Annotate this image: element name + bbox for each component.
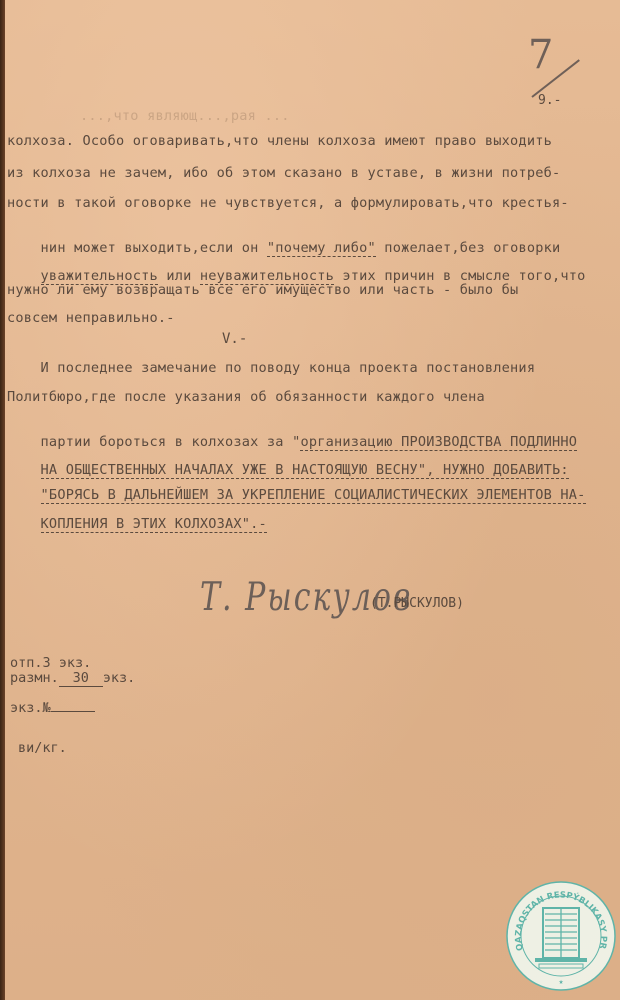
body-line: совсем неправильно.- [7,310,175,326]
copy-number-label: экз.№ [10,700,51,716]
folio-mark: 7 [528,32,553,78]
copies-sent: отп.3 экз. [10,655,91,671]
body-line: И последнее замечание по поводу конца пр… [7,360,535,376]
copy-number: экз.№ [10,700,95,716]
section-number: V.- [222,331,247,347]
body-line: ности в такой оговорке не чувствуется, а… [7,195,569,211]
copy-number-blank [51,711,95,712]
archive-stamp-icon: QAZAQSTAN RESPÝBLIKASY PREZIDENTINIŃ ARH… [505,880,617,992]
svg-text:★: ★ [559,977,564,986]
typist-initials: ви/кг. [18,740,67,756]
copies-made-value: 30 [59,670,103,687]
copies-made-label: размн. [10,670,59,686]
copies-unit: экз. [103,670,136,686]
body-line: из колхоза не зачем, ибо об этом сказано… [7,165,560,181]
bleed-through-text: ...,что являющ...,рая ... [80,108,290,124]
typed-signature-name: (Т.РЫСКУЛОВ) [370,596,464,611]
page-edge-shadow [0,0,5,1000]
copies-made: размн.30экз. [10,670,135,687]
body-line: колхоза. Особо оговаривать,что члены кол… [7,133,552,149]
document-page: 7 9.- ...,что являющ...,рая ... колхоза.… [0,0,620,1000]
body-line: КОПЛЕНИЯ В ЭТИХ КОЛХОЗАХ".- [7,500,267,548]
underlined-phrase: КОПЛЕНИЯ В ЭТИХ КОЛХОЗАХ".- [41,516,267,533]
body-line: нужно ли ему возвращать все его имуществ… [7,282,518,298]
body-line: Политбюро,где после указания об обязанно… [7,389,485,405]
page-number: 9.- [538,93,561,108]
